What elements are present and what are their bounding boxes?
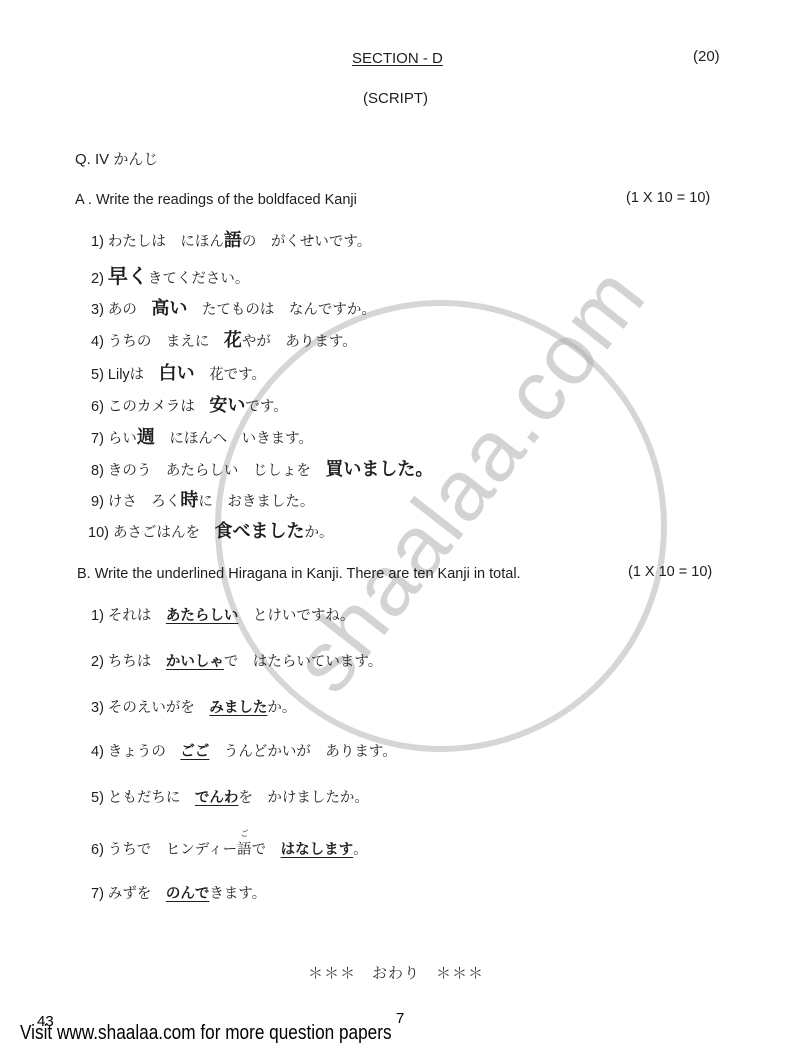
- script-label: (SCRIPT): [363, 90, 428, 107]
- question-label: Q. IV かんじ: [75, 148, 158, 169]
- footer-promo-link[interactable]: Visit www.shaalaa.com for more question …: [20, 1022, 392, 1045]
- item-text-post: で はたらいています。: [224, 654, 382, 670]
- bold-kanji: 買いました。: [325, 459, 433, 479]
- part-b-item-1: 1)それは あたらしい とけいですね。: [91, 604, 354, 625]
- part-b-title: B. Write the underlined Hiragana in Kanj…: [77, 566, 521, 582]
- item-number: 4): [91, 744, 104, 760]
- item-number: 10): [88, 525, 109, 541]
- part-b-item-7: 7)みずを のんできます。: [91, 882, 266, 903]
- underlined-hiragana: でんわ: [195, 790, 239, 806]
- part-a-item-4: 4)うちの まえに 花やが あります。: [91, 326, 357, 352]
- part-a-item-1: 1)わたしは にほん語の がくせいです。: [91, 226, 371, 252]
- part-a-title: A . Write the readings of the boldfaced …: [75, 192, 357, 208]
- item-number: 5): [91, 790, 104, 806]
- item-number: 7): [91, 431, 104, 447]
- part-a-item-6: 6)このカメラは 安いです。: [91, 391, 288, 417]
- bold-kanji: 白い: [159, 363, 195, 383]
- ruby-base: 語: [237, 842, 252, 858]
- item-text-post: です。: [245, 399, 287, 415]
- item-text-mid: で: [252, 842, 281, 858]
- item-text-pre: あさごはんを: [113, 525, 215, 541]
- item-text-pre: うちの まえに: [108, 334, 224, 350]
- item-text-pre: けさ ろく: [108, 494, 181, 510]
- underlined-hiragana: かいしゃ: [166, 654, 224, 670]
- item-text-pre: それは: [108, 608, 166, 624]
- item-text-post: うんどかいが あります。: [209, 744, 396, 760]
- item-text-post: 花です。: [195, 367, 266, 383]
- item-number: 1): [91, 234, 104, 250]
- item-text-post: とけいですね。: [238, 608, 354, 624]
- part-b-item-5: 5)ともだちに でんわを かけましたか。: [91, 786, 369, 807]
- item-number: 4): [91, 334, 104, 350]
- part-b-item-2: 2)ちちは かいしゃで はたらいています。: [91, 650, 382, 671]
- item-number: 7): [91, 886, 104, 902]
- bold-kanji: 週: [137, 427, 155, 447]
- bold-kanji: 早く: [108, 266, 148, 288]
- item-text-pre: ともだちに: [108, 790, 195, 806]
- underlined-hiragana: みました: [209, 700, 267, 716]
- part-a-item-5: 5)Lilyは 白い 花です。: [91, 359, 266, 385]
- item-text-pre: きょうの: [108, 744, 181, 760]
- item-text-post: にほんへ いきます。: [155, 431, 313, 447]
- item-text-pre: あの: [108, 302, 152, 318]
- section-title: SECTION - D: [352, 50, 443, 67]
- item-number: 6): [91, 842, 104, 858]
- underlined-hiragana: はなします: [281, 842, 354, 858]
- part-a-item-2: 2)早くきてください。: [91, 260, 249, 289]
- item-text-post: に おきました。: [198, 494, 314, 510]
- item-number: 3): [91, 302, 104, 318]
- item-text-post: きてください。: [148, 271, 250, 287]
- bold-kanji: 語: [224, 230, 242, 250]
- bold-kanji: 花: [224, 330, 242, 350]
- item-number: 8): [91, 463, 104, 479]
- item-text-pre: このカメラは: [108, 399, 210, 415]
- item-number: 9): [91, 494, 104, 510]
- part-b-item-6: 6)うちで ヒンディーご語で はなします。: [91, 838, 368, 859]
- part-a-item-10: 10)あさごはんを 食べましたか。: [88, 517, 333, 543]
- bold-kanji: 時: [180, 490, 198, 510]
- item-text-post: きます。: [209, 886, 266, 902]
- item-text-post: たてものは なんですか。: [187, 302, 376, 318]
- item-text-pre: Lilyは: [108, 367, 159, 383]
- part-b-item-3: 3)そのえいがを みましたか。: [91, 696, 296, 717]
- part-a-item-3: 3)あの 高い たてものは なんですか。: [91, 294, 376, 320]
- item-text-post: を かけましたか。: [238, 790, 369, 806]
- part-b-marks: (1 X 10 = 10): [628, 564, 712, 580]
- item-text-pre: みずを: [108, 886, 166, 902]
- item-text-pre: わたしは にほん: [108, 234, 224, 250]
- end-mark: ＊＊＊ おわり ＊＊＊: [308, 962, 484, 983]
- part-a-item-7: 7)らい週 にほんへ いきます。: [91, 423, 313, 449]
- part-a-marks: (1 X 10 = 10): [626, 190, 710, 206]
- section-marks: (20): [693, 48, 720, 65]
- underlined-hiragana: のんで: [166, 886, 210, 902]
- item-text-pre: そのえいがを: [108, 700, 210, 716]
- part-a-item-9: 9)けさ ろく時に おきました。: [91, 486, 314, 512]
- bold-kanji: 安い: [209, 395, 245, 415]
- furigana: ご: [240, 828, 248, 839]
- item-number: 2): [91, 271, 104, 287]
- bold-kanji: 高い: [151, 298, 187, 318]
- item-text-post: か。: [267, 700, 296, 716]
- item-text-pre: ちちは: [108, 654, 166, 670]
- underlined-hiragana: ごご: [180, 744, 209, 760]
- item-text-post: か。: [304, 525, 333, 541]
- part-b-item-4: 4)きょうの ごご うんどかいが あります。: [91, 740, 397, 761]
- underlined-hiragana: あたらしい: [166, 608, 239, 624]
- kanji-with-furigana: ご語: [237, 838, 252, 859]
- bold-kanji: 食べました: [214, 521, 304, 541]
- item-text-pre: らい: [108, 431, 137, 447]
- item-text-post: の がくせいです。: [242, 234, 371, 250]
- item-text-pre: きのう あたらしい じしょを: [108, 463, 326, 479]
- item-number: 2): [91, 654, 104, 670]
- item-text-post: やが あります。: [242, 334, 357, 350]
- item-number: 3): [91, 700, 104, 716]
- page-number-center: 7: [396, 1010, 404, 1027]
- item-number: 5): [91, 367, 104, 383]
- item-text-post: 。: [353, 842, 368, 858]
- part-a-item-8: 8)きのう あたらしい じしょを 買いました。: [91, 455, 433, 481]
- item-number: 1): [91, 608, 104, 624]
- item-number: 6): [91, 399, 104, 415]
- item-text-pre: うちで ヒンディー: [108, 842, 237, 858]
